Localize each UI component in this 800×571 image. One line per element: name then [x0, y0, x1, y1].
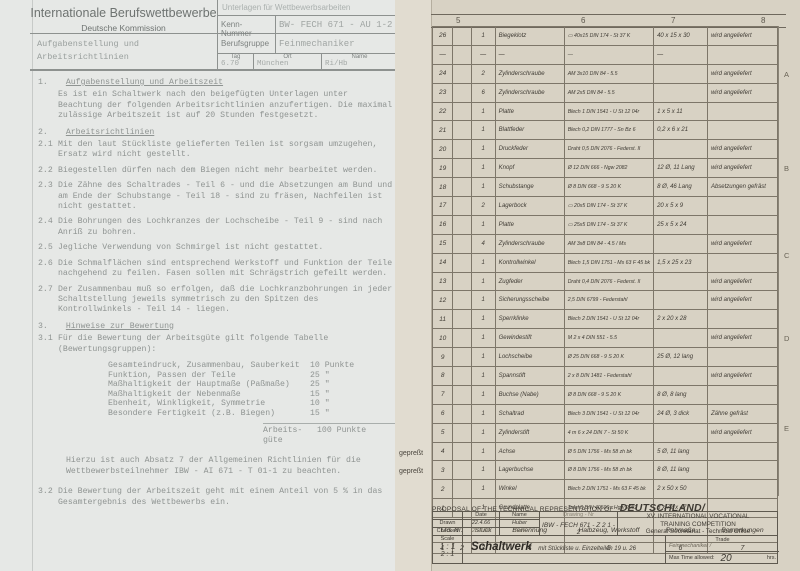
paragraph-text: Es ist ein Schaltwerk nach den beigefügt… [58, 90, 393, 121]
score-points: 25 " [310, 380, 368, 390]
task-title-line2: Arbeitsrichtlinien [37, 51, 210, 64]
part-material: Ø 8 DIN 668 - 9 S 20 K [564, 385, 653, 404]
tb-scale-2: 2 : 1 [433, 551, 462, 558]
part-raw-size: 0,2 x 6 x 21 [654, 121, 708, 140]
zone-col-7: 7 [671, 16, 675, 25]
score-item: Maßhaltigkeit der Nebenmaße [108, 390, 241, 400]
part-remark: Zähne gefräst [707, 404, 777, 423]
part-remark: wird angeliefert [707, 423, 777, 442]
part-name: Buchse (Nabe) [495, 385, 564, 404]
section-1: 1.Aufgabenstellung und ArbeitszeitEs ist… [38, 78, 393, 122]
task-title: Aufgabenstellung und Arbeitsrichtlinien [30, 34, 218, 70]
part-nr: 11 [433, 310, 453, 329]
section-heading: 1.Aufgabenstellung und Arbeitszeit [38, 78, 393, 88]
part-nr: 18 [433, 178, 453, 197]
paragraph: 2.4Die Bohrungen des Lochkranzes der Loc… [38, 217, 393, 238]
paragraph: 2.5Jegliche Verwendung von Schmirgel ist… [38, 243, 393, 253]
part-remark: wird angeliefert [707, 64, 777, 83]
paragraph-number: 2.7 [38, 285, 58, 316]
section-title: Hinweise zur Bewertung [66, 322, 174, 332]
score-row: Ebenheit, Winkligkeit, Symmetrie10 " [108, 399, 368, 409]
part-blank [453, 64, 471, 83]
part-material: Blech 0,2 DIN 1777 - Sn Bz 6 [564, 121, 653, 140]
paragraph-text: Die Zähne des Schaltrades - Teil 6 - und… [58, 181, 393, 212]
part-raw-size: 8 Ø, 11 lang [654, 461, 708, 480]
part-row: 181SchubstangeØ 8 DIN 668 - 9 S 20 K8 Ø,… [433, 178, 778, 197]
part-raw-size [654, 140, 708, 159]
score-row: Besondere Fertigkeit (z.B. Biegen)15 " [108, 409, 368, 419]
part-name: Achse [495, 442, 564, 461]
part-raw-size [654, 329, 708, 348]
part-material: Blech 1 DIN 1541 - U St 12 04r [564, 102, 653, 121]
part-name: Biegeklotz [495, 27, 564, 46]
part-raw-size [654, 291, 708, 310]
part-row: 91LochscheibeØ 25 DIN 668 - 9 S 20 K25 Ø… [433, 348, 778, 367]
part-qty: 1 [471, 140, 495, 159]
part-raw-size [654, 272, 708, 291]
part-row: 81Spannstift2 x 8 DIN 1481 - Federstahlw… [433, 367, 778, 386]
tb-competition-3: General Secretariat - Technical Office [618, 528, 778, 536]
tag-cell: Tag 6.70 [218, 54, 254, 70]
part-nr: 17 [433, 197, 453, 216]
tb-checked-name: Stark [500, 528, 540, 536]
zone-col-6: 6 [581, 16, 585, 25]
part-nr: 23 [433, 83, 453, 102]
part-name: Kontrollwinkel [495, 253, 564, 272]
part-material: AM 2x5 DIN 84 - 5.5 [564, 83, 653, 102]
part-nr: 14 [433, 253, 453, 272]
part-nr: 5 [433, 423, 453, 442]
tb-drawing-subtitle: mit Stückliste u. Einzelteilen 19 u. 26 [538, 546, 636, 552]
part-material: Ø 8 DIN 1756 - Ms 58 zh bk [564, 461, 653, 480]
paragraph-number: 2.4 [38, 217, 58, 238]
zone-col-8: 8 [761, 16, 765, 25]
part-raw-size: 2 x 50 x 50 [654, 480, 708, 499]
score-points: 15 " [310, 390, 368, 400]
sheet-body: 1.Aufgabenstellung und ArbeitszeitEs ist… [38, 78, 393, 513]
part-row: 121Sicherungsscheibe2,5 DIN 6799 - Feder… [433, 291, 778, 310]
part-nr: 16 [433, 215, 453, 234]
part-qty: 1 [471, 215, 495, 234]
part-remark: wird angeliefert [707, 234, 777, 253]
part-qty: — [471, 45, 495, 64]
part-raw-size: 20 x 5 x 9 [654, 197, 708, 216]
para-32-num: 3.2 [38, 487, 58, 508]
paragraph-number: 2.5 [38, 243, 58, 253]
paragraph-text: Der Zusammenbau muß so erfolgen, daß die… [58, 285, 393, 316]
tb-competition-2: TRAINING COMPETITION [618, 521, 778, 529]
part-raw-size [654, 423, 708, 442]
part-blank [453, 159, 471, 178]
parts-table: 261Biegeklotz▭ 40x15 DIN 174 - St 37 K40… [432, 26, 778, 554]
paragraph-number: 2.3 [38, 181, 58, 212]
section-number: 3. [38, 322, 48, 332]
part-name: Lagerbock [495, 197, 564, 216]
part-blank [453, 102, 471, 121]
score-row: Gesamteindruck, Zusammenbau, Sauberkeit1… [108, 361, 368, 371]
part-row: 261Biegeklotz▭ 40x15 DIN 174 - St 37 K40… [433, 27, 778, 46]
tb-drawing-nr-value: IBW - FECH 671 - Z 2 1 - 2 [540, 522, 617, 536]
part-row: 111SperrklinkeBlech 2 DIN 1541 - U St 12… [433, 310, 778, 329]
part-material: Blech 3 DIN 1541 - U St 12 04r [564, 404, 653, 423]
part-blank [453, 329, 471, 348]
name-cell: Name Ri/Hb [322, 54, 395, 70]
part-remark: wird angeliefert [707, 367, 777, 386]
paragraph-text: Jegliche Verwendung von Schmirgel ist ni… [58, 243, 393, 253]
paragraph-text: Biegestellen dürfen nach dem Biegen nich… [58, 166, 393, 176]
part-name: Zylinderstift [495, 423, 564, 442]
part-qty: 2 [471, 197, 495, 216]
part-material: Blech 2 DIN 1541 - U St 12 04r [564, 310, 653, 329]
tb-max-time-label: Max Time allowed: [669, 555, 715, 561]
tb-drawn-label: Drawn [433, 520, 463, 528]
part-raw-size [654, 83, 708, 102]
part-raw-size: 40 x 15 x 30 [654, 27, 708, 46]
part-name: Knopf [495, 159, 564, 178]
berufsgruppe-value: Feinmechaniker [276, 34, 395, 54]
score-row: Maßhaltigkeit der Nebenmaße15 " [108, 390, 368, 400]
part-row: 221PlatteBlech 1 DIN 1541 - U St 12 04r1… [433, 102, 778, 121]
part-material: Ø 12 DIN 666 - Ngw 2082 [564, 159, 653, 178]
part-blank [453, 442, 471, 461]
part-nr: 21 [433, 121, 453, 140]
score-points: 15 " [310, 409, 368, 419]
part-nr: 8 [433, 367, 453, 386]
part-qty: 6 [471, 83, 495, 102]
tb-drawn-name: Huber [500, 520, 540, 528]
part-blank [453, 480, 471, 499]
part-remark: wird angeliefert [707, 83, 777, 102]
part-material: 4 m 6 x 24 DIN 7 - St 50 K [564, 423, 653, 442]
part-nr: 12 [433, 291, 453, 310]
part-raw-size: 25 x 5 x 24 [654, 215, 708, 234]
tb-max-time-value: 20 [721, 553, 732, 564]
part-blank [453, 404, 471, 423]
zone-row-d: D [784, 334, 789, 343]
part-row: 61SchaltradBlech 3 DIN 1541 - U St 12 04… [433, 404, 778, 423]
part-remark: wird angeliefert [707, 140, 777, 159]
part-nr: 19 [433, 159, 453, 178]
part-nr: — [433, 45, 453, 64]
part-row: ————— [433, 45, 778, 64]
part-nr: 20 [433, 140, 453, 159]
part-name: Spannstift [495, 367, 564, 386]
part-remark [707, 121, 777, 140]
tb-scale: Scale 1 : 1 2 : 1 [433, 536, 463, 564]
part-blank [453, 310, 471, 329]
part-qty: 2 [471, 64, 495, 83]
score-item: Maßhaltigkeit der Hauptmaße (Paßmaße) [108, 380, 290, 390]
part-remark [707, 310, 777, 329]
note-31: Hierzu ist auch Absatz 7 der Allgemeinen… [38, 456, 393, 477]
part-name: Gewindestift [495, 329, 564, 348]
tb-trade-value: Feinmechaniker / [669, 543, 776, 549]
part-qty: 1 [471, 385, 495, 404]
org-sub: Deutsche Kommission [30, 23, 217, 33]
part-nr: 7 [433, 385, 453, 404]
part-qty: 1 [471, 480, 495, 499]
part-material: Draht 0,4 DIN 2076 - Federst. II [564, 272, 653, 291]
part-remark [707, 197, 777, 216]
section-3: 3.Hinweise zur Bewertung3.1Für die Bewer… [38, 322, 393, 355]
section-title: Arbeitsrichtlinien [66, 128, 154, 138]
part-material: — [564, 45, 653, 64]
section-title: Aufgabenstellung und Arbeitszeit [66, 78, 223, 88]
score-total-value: 100 Punkte [317, 426, 366, 447]
part-name: Lochscheibe [495, 348, 564, 367]
part-blank [453, 367, 471, 386]
zone-row-c: C [784, 251, 789, 260]
score-item: Funktion, Passen der Teile [108, 371, 236, 381]
part-blank [453, 461, 471, 480]
part-blank [453, 197, 471, 216]
part-remark [707, 45, 777, 64]
part-name: Blattfeder [495, 121, 564, 140]
part-nr: 6 [433, 404, 453, 423]
part-name: Lagerbuchse [495, 461, 564, 480]
score-item: Ebenheit, Winkligkeit, Symmetrie [108, 399, 265, 409]
part-remark [707, 348, 777, 367]
part-name: Schaltrad [495, 404, 564, 423]
paragraph: 2.7Der Zusammenbau muß so erfolgen, daß … [38, 285, 393, 316]
part-raw-size [654, 234, 708, 253]
paragraph: 2.6Die Schmalflächen sind entsprechend W… [38, 259, 393, 280]
tb-max-time: Max Time allowed: 20 hrs. [666, 552, 779, 564]
part-nr: 13 [433, 272, 453, 291]
part-row: 172Lagerbock▭ 20x5 DIN 174 - St 37 K20 x… [433, 197, 778, 216]
part-nr: 4 [433, 442, 453, 461]
tb-drawing-nr: Drawing - Nr IBW - FECH 671 - Z 2 1 - 2 [540, 512, 618, 536]
tb-checked-date: 26.4.66 [463, 528, 500, 536]
task-title-line1: Aufgabenstellung und [37, 38, 210, 51]
tb-name-label: Name [500, 512, 540, 520]
tag-value: 6.70 [221, 60, 250, 68]
score-item: Gesamteindruck, Zusammenbau, Sauberkeit [108, 361, 300, 371]
part-material: AM 3x8 DIN 84 - 4.5 / Ms [564, 234, 653, 253]
part-name: Zylinderschraube [495, 83, 564, 102]
score-points: 10 " [310, 399, 368, 409]
part-raw-size: — [654, 45, 708, 64]
section-2: 2.Arbeitsrichtlinien2.1Mit den laut Stüc… [38, 128, 393, 316]
part-remark: wird angeliefert [707, 329, 777, 348]
part-name: Sicherungsscheibe [495, 291, 564, 310]
tb-drawing-nr-label: Drawing - Nr [540, 512, 617, 518]
part-blank [453, 83, 471, 102]
part-nr: 15 [433, 234, 453, 253]
part-blank [453, 140, 471, 159]
part-name: — [495, 45, 564, 64]
part-raw-size: 24 Ø, 3 dick [654, 404, 708, 423]
part-material: Ø 8 DIN 668 - 9 S 20 K [564, 178, 653, 197]
paragraph: Es ist ein Schaltwerk nach den beigefügt… [38, 90, 393, 121]
part-row: 21WinkelBlech 2 DIN 1751 - Ms 63 F 45 bk… [433, 480, 778, 499]
part-blank [453, 348, 471, 367]
score-total-label: Arbeits- güte [263, 426, 303, 447]
part-nr: 10 [433, 329, 453, 348]
part-blank [453, 178, 471, 197]
tb-drawn-date: 22.4.66 [463, 520, 500, 528]
part-row: 154ZylinderschraubeAM 3x8 DIN 84 - 4.5 /… [433, 234, 778, 253]
paragraph-number: 3.1 [38, 334, 58, 355]
part-name: Zylinderschraube [495, 64, 564, 83]
tb-competition: XV. INTERNATIONAL VOCATIONAL TRAINING CO… [618, 512, 778, 536]
part-nr: 2 [433, 480, 453, 499]
part-row: 211BlattfederBlech 0,2 DIN 1777 - Sn Bz … [433, 121, 778, 140]
zone-rows: A B C D E [778, 26, 797, 496]
part-blank [453, 215, 471, 234]
part-remark: wird angeliefert [707, 272, 777, 291]
part-material: ▭ 25x5 DIN 174 - St 37 K [564, 215, 653, 234]
part-raw-size [654, 64, 708, 83]
paragraph-number: 2.1 [38, 140, 58, 161]
part-name: Schubstange [495, 178, 564, 197]
part-remark: wird angeliefert [707, 291, 777, 310]
score-row: Maßhaltigkeit der Hauptmaße (Paßmaße)25 … [108, 380, 368, 390]
part-nr: 22 [433, 102, 453, 121]
kennnummer-label: Kenn-Nummer [218, 16, 276, 34]
part-raw-size: 25 Ø, 12 lang [654, 348, 708, 367]
part-remark [707, 480, 777, 499]
part-raw-size: 12 Ø, 11 Lang [654, 159, 708, 178]
part-qty: 1 [471, 27, 495, 46]
part-raw-size: 5 Ø, 11 lang [654, 442, 708, 461]
para-32-text: Die Bewertung der Arbeitszeit geht mit e… [58, 487, 393, 508]
zone-row-b: B [784, 164, 789, 173]
part-remark [707, 461, 777, 480]
part-name: Zugfeder [495, 272, 564, 291]
part-row: 51Zylinderstift4 m 6 x 24 DIN 7 - St 50 … [433, 423, 778, 442]
part-raw-size: 1 x 5 x 11 [654, 102, 708, 121]
score-points: 10 Punkte [310, 361, 368, 371]
tb-max-time-unit: hrs. [767, 555, 776, 561]
tb-competition-1: XV. INTERNATIONAL VOCATIONAL [618, 513, 778, 521]
para-32: 3.2 Die Bewertung der Arbeitszeit geht m… [38, 487, 393, 508]
part-qty: 1 [471, 178, 495, 197]
part-qty: 1 [471, 272, 495, 291]
part-remark [707, 215, 777, 234]
part-row: 101GewindestiftM 2 x 4 DIN 551 - 5.5wird… [433, 329, 778, 348]
part-remark: Absetzungen gefräst [707, 178, 777, 197]
part-remark [707, 102, 777, 121]
ort-cell: Ort München [254, 54, 322, 70]
part-qty: 1 [471, 461, 495, 480]
sheet-header: Internationale Berufswettbewerbe Deutsch… [30, 0, 395, 71]
paragraph-number: 2.2 [38, 166, 58, 176]
part-name: Platte [495, 102, 564, 121]
part-raw-size: 8 Ø, 8 lang [654, 385, 708, 404]
paragraph-number [38, 90, 58, 121]
paragraph: 3.1Für die Bewertung der Arbeitsgüte gil… [38, 334, 393, 355]
tb-scale-1: 1 : 1 [433, 542, 462, 551]
part-nr: 3 [433, 461, 453, 480]
part-remark [707, 253, 777, 272]
org-name: Internationale Berufswettbewerbe [30, 6, 217, 20]
score-item: Besondere Fertigkeit (z.B. Biegen) [108, 409, 275, 419]
part-blank [453, 121, 471, 140]
part-blank [453, 234, 471, 253]
part-raw-size: 1,5 x 25 x 23 [654, 253, 708, 272]
part-material: Draht 0,5 DIN 2076 - Federst. II [564, 140, 653, 159]
score-table: Gesamteindruck, Zusammenbau, Sauberkeit1… [108, 361, 368, 419]
part-row: 191KnopfØ 12 DIN 666 - Ngw 208212 Ø, 11 … [433, 159, 778, 178]
score-total: Arbeits- güte 100 Punkte [263, 423, 395, 447]
tb-trade: Trade Feinmechaniker / [666, 536, 779, 552]
part-material: ▭ 40x15 DIN 174 - St 37 K [564, 27, 653, 46]
margin-stamp-1: gepreßt [399, 450, 423, 457]
part-qty: 1 [471, 423, 495, 442]
part-row: 141KontrollwinkelBlech 1,5 DIN 1751 - Ms… [433, 253, 778, 272]
part-blank [453, 385, 471, 404]
part-material: 2,5 DIN 6799 - Federstahl [564, 291, 653, 310]
paragraph: 2.1Mit den laut Stückliste gelieferten T… [38, 140, 393, 161]
part-qty: 1 [471, 404, 495, 423]
part-blank [453, 272, 471, 291]
part-blank [453, 423, 471, 442]
section-number: 1. [38, 78, 48, 88]
part-remark: wird angeliefert [707, 159, 777, 178]
paragraph: 2.3Die Zähne des Schaltrades - Teil 6 - … [38, 181, 393, 212]
section-number: 2. [38, 128, 48, 138]
section-heading: 3.Hinweise zur Bewertung [38, 322, 393, 332]
part-qty: 1 [471, 310, 495, 329]
doc-type: Unterlagen für Wettbewerbsarbeiten [218, 0, 395, 16]
paragraph-text: Die Schmalflächen sind entsprechend Werk… [58, 259, 393, 280]
part-qty: 1 [471, 329, 495, 348]
part-row: 71Buchse (Nabe)Ø 8 DIN 668 - 9 S 20 K8 Ø… [433, 385, 778, 404]
part-remark [707, 385, 777, 404]
zone-col-5: 5 [456, 16, 460, 25]
part-nr: 26 [433, 27, 453, 46]
part-qty: 1 [471, 102, 495, 121]
part-qty: 1 [471, 253, 495, 272]
part-raw-size: 8 Ø, 46 Lang [654, 178, 708, 197]
part-name: Winkel [495, 480, 564, 499]
part-material: ▭ 20x5 DIN 174 - St 37 K [564, 197, 653, 216]
part-blank [453, 45, 471, 64]
tb-date-label: Date [463, 512, 500, 520]
title-block: Date Name Drawn 22.4.66 Huber Checked 26… [432, 511, 778, 564]
section-heading: 2.Arbeitsrichtlinien [38, 128, 393, 138]
part-name: Zylinderschraube [495, 234, 564, 253]
kennnummer-value: BW- FECH 671 - AU 1-2 [276, 16, 395, 34]
part-qty: 1 [471, 367, 495, 386]
parts-list-drawing: gepreßt gepreßt 5 6 7 8 261Biegeklotz▭ 4… [395, 0, 800, 571]
part-name: Platte [495, 215, 564, 234]
part-nr: 9 [433, 348, 453, 367]
part-qty: 1 [471, 291, 495, 310]
folded-margin [395, 0, 432, 571]
part-material: 2 x 8 DIN 1481 - Federstahl [564, 367, 653, 386]
part-material: Blech 2 DIN 1751 - Ms 63 F 45 bk [564, 480, 653, 499]
org-block: Internationale Berufswettbewerbe Deutsch… [30, 0, 218, 34]
berufsgruppe-label: Berufsgruppe [218, 34, 276, 54]
paragraph-text: Die Bohrungen des Lochkranzes der Lochsc… [58, 217, 393, 238]
part-blank [453, 291, 471, 310]
zone-row-a: A [784, 70, 789, 79]
zone-row-e: E [784, 424, 789, 433]
part-row: 242ZylinderschraubeAM 3x10 DIN 84 - 5.5w… [433, 64, 778, 83]
part-remark [707, 442, 777, 461]
tb-blank [433, 512, 463, 520]
task-sheet: Internationale Berufswettbewerbe Deutsch… [0, 0, 395, 571]
score-row: Funktion, Passen der Teile25 " [108, 371, 368, 381]
part-qty: 1 [471, 121, 495, 140]
score-points: 25 " [310, 371, 368, 381]
part-row: 31LagerbuchseØ 8 DIN 1756 - Ms 58 zh bk8… [433, 461, 778, 480]
paragraph: 2.2Biegestellen dürfen nach dem Biegen n… [38, 166, 393, 176]
part-material: AM 3x10 DIN 84 - 5.5 [564, 64, 653, 83]
tb-checked-label: Checked [433, 528, 463, 536]
